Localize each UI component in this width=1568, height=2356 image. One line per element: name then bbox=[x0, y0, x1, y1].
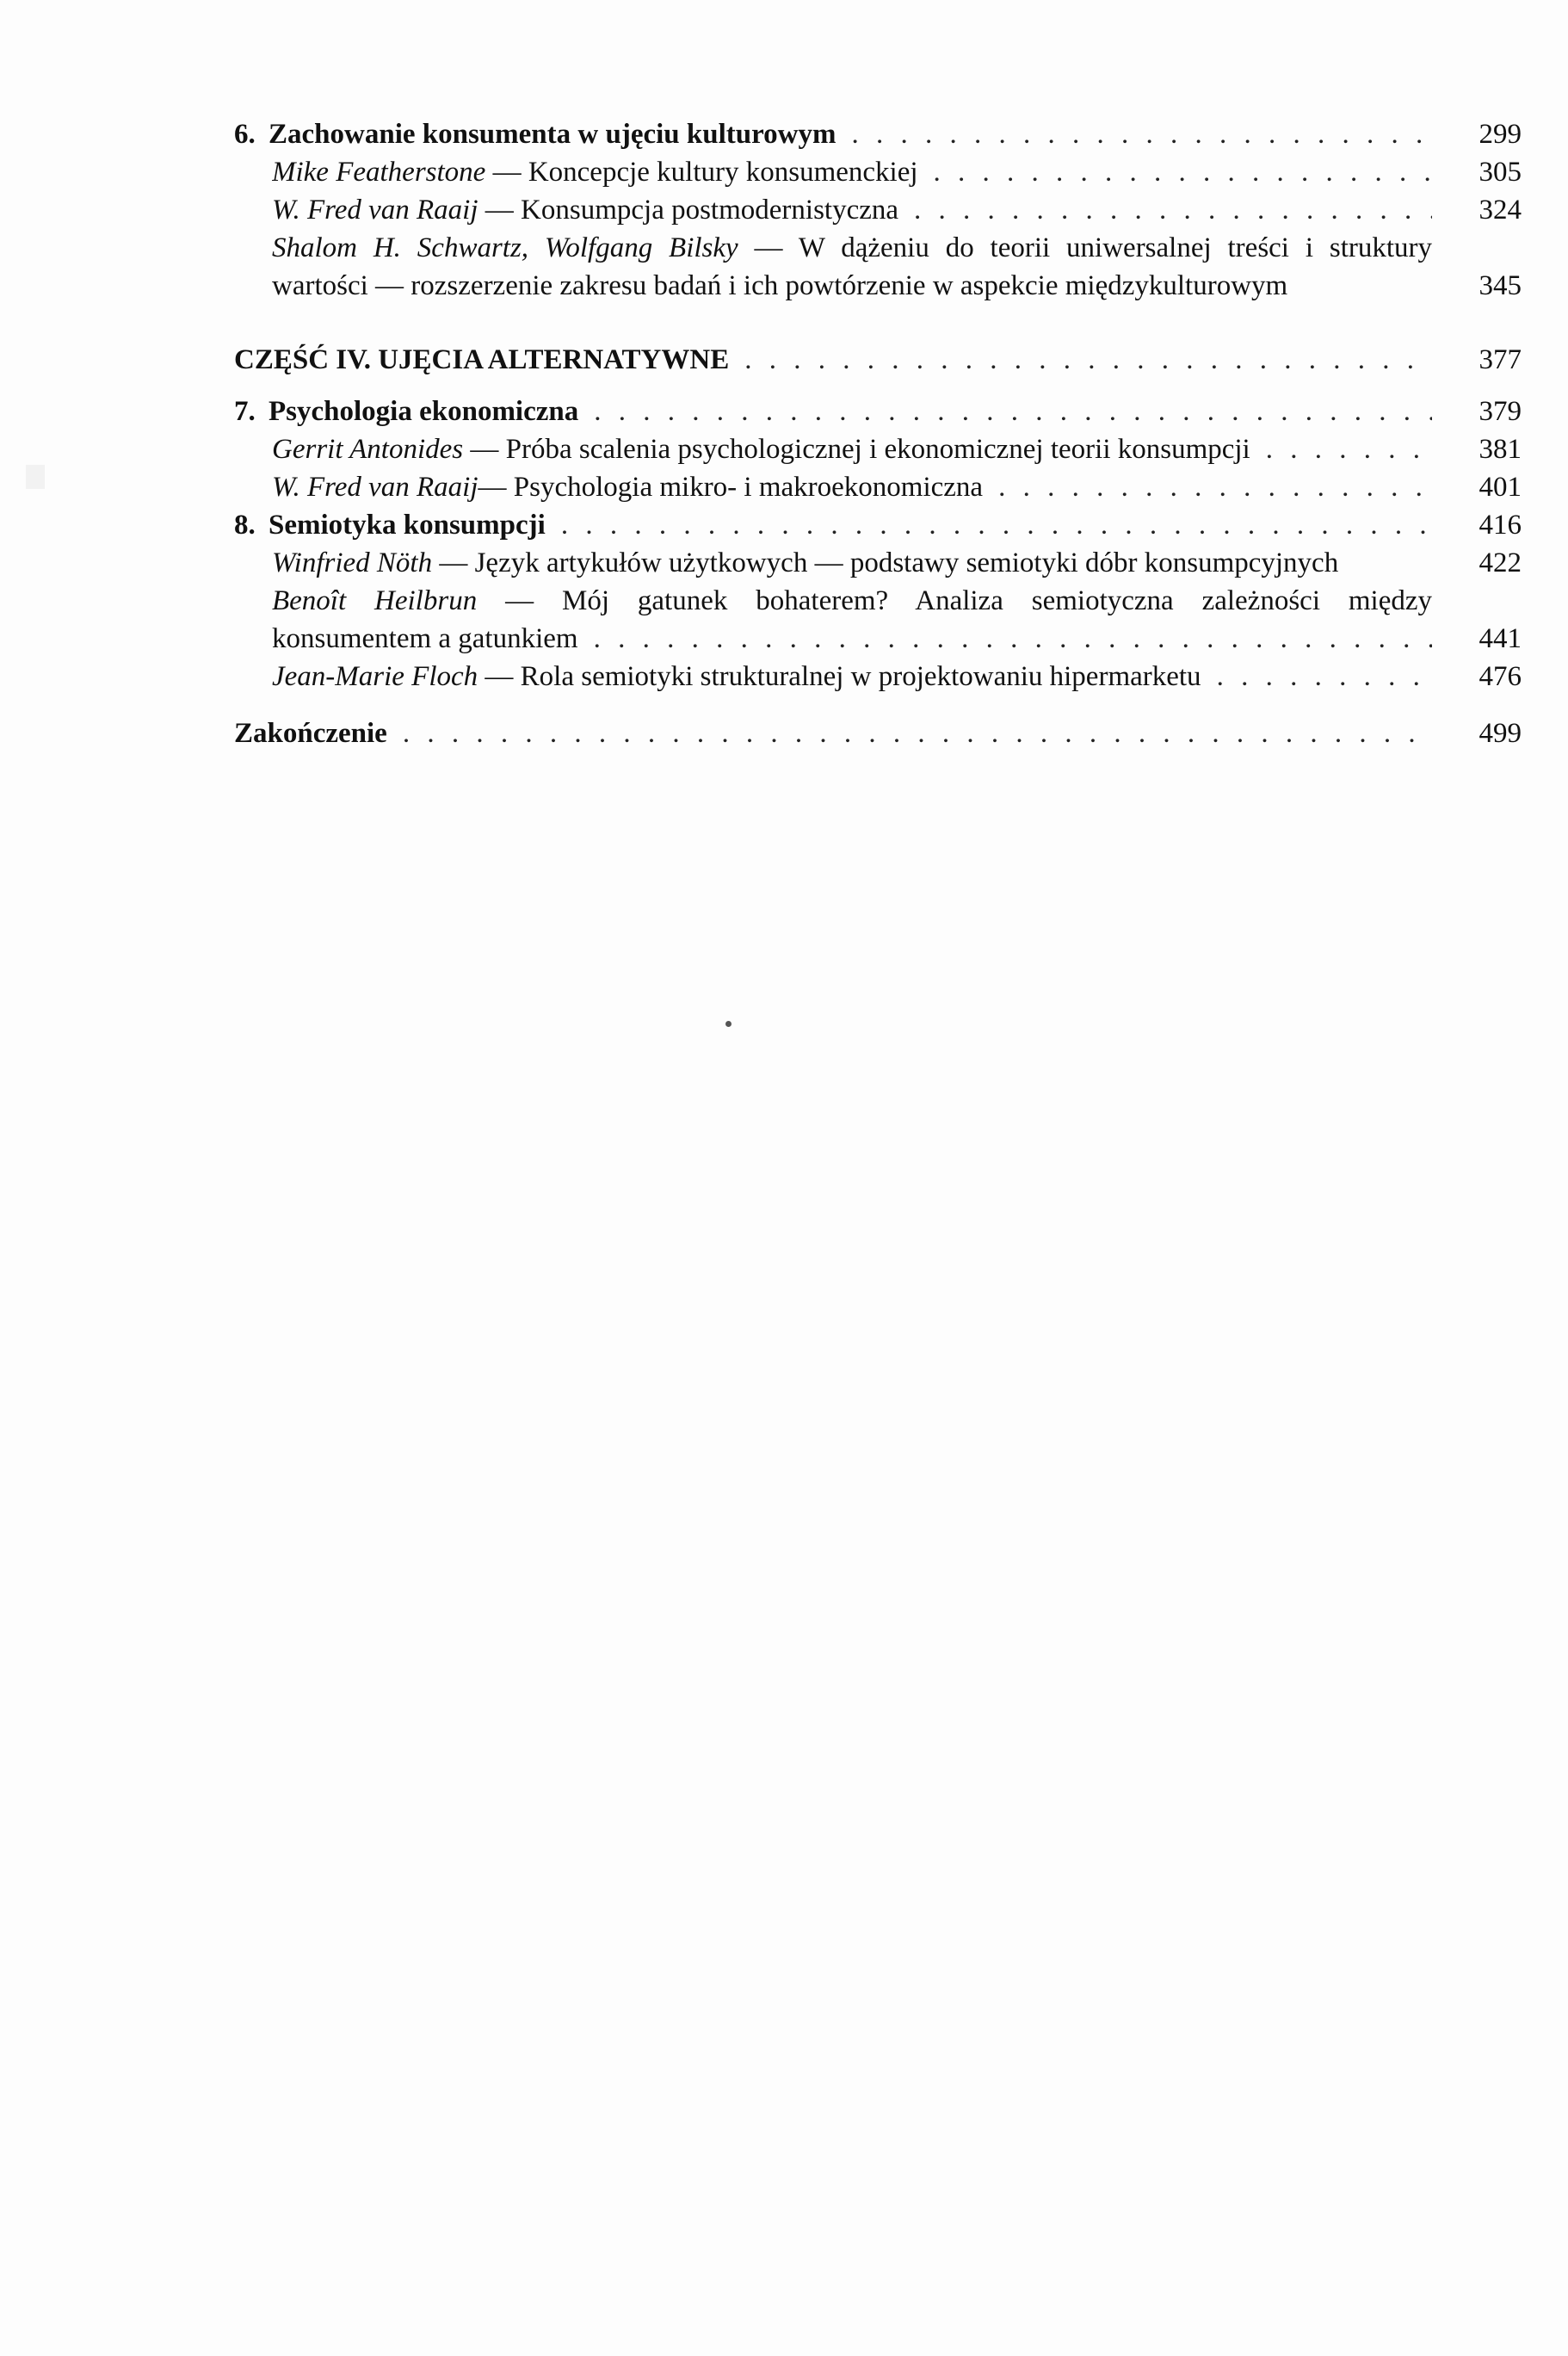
toc-part-4[interactable]: CZĘŚĆ IV. UJĘCIA ALTERNATYWNE 377 bbox=[234, 341, 1525, 379]
toc-article[interactable]: Shalom H. Schwartz, Wolfgang Bilsky — W … bbox=[234, 229, 1525, 267]
article-author: W. Fred van Raaij bbox=[272, 195, 478, 226]
article-author: Winfried Nöth bbox=[272, 547, 432, 578]
toc-chapter-8[interactable]: 8.Semiotyka konsumpcji 416 bbox=[234, 506, 1525, 544]
toc-article[interactable]: Jean-Marie Floch — Rola semiotyki strukt… bbox=[234, 658, 1525, 696]
toc-article-continuation[interactable]: konsumentem a gatunkiem 441 bbox=[234, 620, 1525, 658]
article-title: Koncepcje kultury konsumenckiej bbox=[528, 157, 918, 188]
scan-speck bbox=[725, 1021, 732, 1027]
page-number: 379 bbox=[1470, 393, 1522, 430]
article-title: Konsumpcja postmodernistyczna bbox=[521, 195, 898, 226]
article-title-line2: konsumentem a gatunkiem bbox=[272, 620, 578, 658]
chapter-title: Semiotyka konsumpcji bbox=[269, 510, 546, 541]
article-title-line1: W dążeniu do teorii uniwersalnej treści … bbox=[799, 232, 1432, 263]
toc-article[interactable]: W. Fred van Raaij — Konsumpcja postmoder… bbox=[234, 191, 1525, 229]
dot-leader bbox=[998, 468, 1432, 506]
article-author: Shalom H. Schwartz, Wolfgang Bilsky bbox=[272, 232, 738, 263]
dot-leader bbox=[934, 153, 1432, 191]
part-title: CZĘŚĆ IV. UJĘCIA ALTERNATYWNE bbox=[234, 341, 729, 379]
page-number: 441 bbox=[1470, 620, 1522, 658]
scan-noise bbox=[26, 465, 45, 489]
dot-leader bbox=[561, 506, 1432, 544]
article-title-line1: Mój gatunek bohaterem? Analiza semiotycz… bbox=[562, 585, 1432, 616]
article-title-line2: wartości — rozszerzenie zakresu badań i … bbox=[272, 270, 1287, 301]
page-number: 305 bbox=[1470, 153, 1522, 191]
toc-article[interactable]: W. Fred van Raaij— Psychologia mikro- i … bbox=[234, 468, 1525, 506]
toc-article[interactable]: Benoît Heilbrun — Mój gatunek bohaterem?… bbox=[234, 582, 1525, 620]
dot-leader bbox=[594, 620, 1432, 658]
dot-leader bbox=[403, 714, 1432, 752]
toc-article-continuation[interactable]: wartości — rozszerzenie zakresu badań i … bbox=[234, 267, 1525, 305]
dot-leader bbox=[1266, 430, 1432, 468]
page-number: 422 bbox=[1470, 544, 1522, 582]
article-author: Mike Featherstone bbox=[272, 157, 485, 188]
dot-leader bbox=[594, 393, 1432, 430]
page-number: 499 bbox=[1470, 714, 1522, 752]
article-title: Próba scalenia psychologicznej i ekonomi… bbox=[506, 434, 1250, 465]
page-number: 416 bbox=[1470, 506, 1522, 544]
page-number: 476 bbox=[1470, 658, 1522, 696]
document-page: 6.Zachowanie konsumenta w ujęciu kulturo… bbox=[0, 0, 1568, 2356]
chapter-title: Zachowanie konsumenta w ujęciu kulturowy… bbox=[269, 119, 836, 150]
chapter-title: Psychologia ekonomiczna bbox=[269, 396, 578, 427]
article-title: Psychologia mikro- i makroekonomiczna bbox=[514, 472, 983, 503]
dot-leader bbox=[1217, 658, 1432, 696]
dot-leader bbox=[851, 115, 1432, 153]
page-number: 377 bbox=[1470, 341, 1522, 379]
toc-article[interactable]: Mike Featherstone — Koncepcje kultury ko… bbox=[234, 153, 1525, 191]
page-number: 324 bbox=[1470, 191, 1522, 229]
table-of-contents: 6.Zachowanie konsumenta w ujęciu kulturo… bbox=[234, 115, 1525, 752]
article-author: Gerrit Antonides bbox=[272, 434, 463, 465]
article-author: W. Fred van Raaij bbox=[272, 472, 478, 503]
toc-article[interactable]: Gerrit Antonides — Próba scalenia psycho… bbox=[234, 430, 1525, 468]
toc-article[interactable]: Winfried Nöth — Język artykułów użytkowy… bbox=[234, 544, 1525, 582]
page-number: 381 bbox=[1470, 430, 1522, 468]
toc-conclusion[interactable]: Zakończenie 499 bbox=[234, 714, 1525, 752]
chapter-number: 6. bbox=[234, 115, 269, 153]
page-number: 345 bbox=[1470, 267, 1522, 305]
article-title: Rola semiotyki strukturalnej w projektow… bbox=[521, 661, 1201, 692]
page-number: 401 bbox=[1470, 468, 1522, 506]
toc-chapter-6[interactable]: 6.Zachowanie konsumenta w ujęciu kulturo… bbox=[234, 115, 1525, 153]
article-title: Język artykułów użytkowych — podstawy se… bbox=[475, 547, 1339, 578]
chapter-number: 7. bbox=[234, 393, 269, 430]
conclusion-title: Zakończenie bbox=[234, 714, 387, 752]
article-author: Jean-Marie Floch bbox=[272, 661, 478, 692]
dot-leader bbox=[914, 191, 1432, 229]
page-number: 299 bbox=[1470, 115, 1522, 153]
chapter-number: 8. bbox=[234, 506, 269, 544]
article-author: Benoît Heilbrun bbox=[272, 585, 477, 616]
toc-chapter-7[interactable]: 7.Psychologia ekonomiczna 379 bbox=[234, 393, 1525, 430]
dot-leader bbox=[744, 341, 1432, 379]
